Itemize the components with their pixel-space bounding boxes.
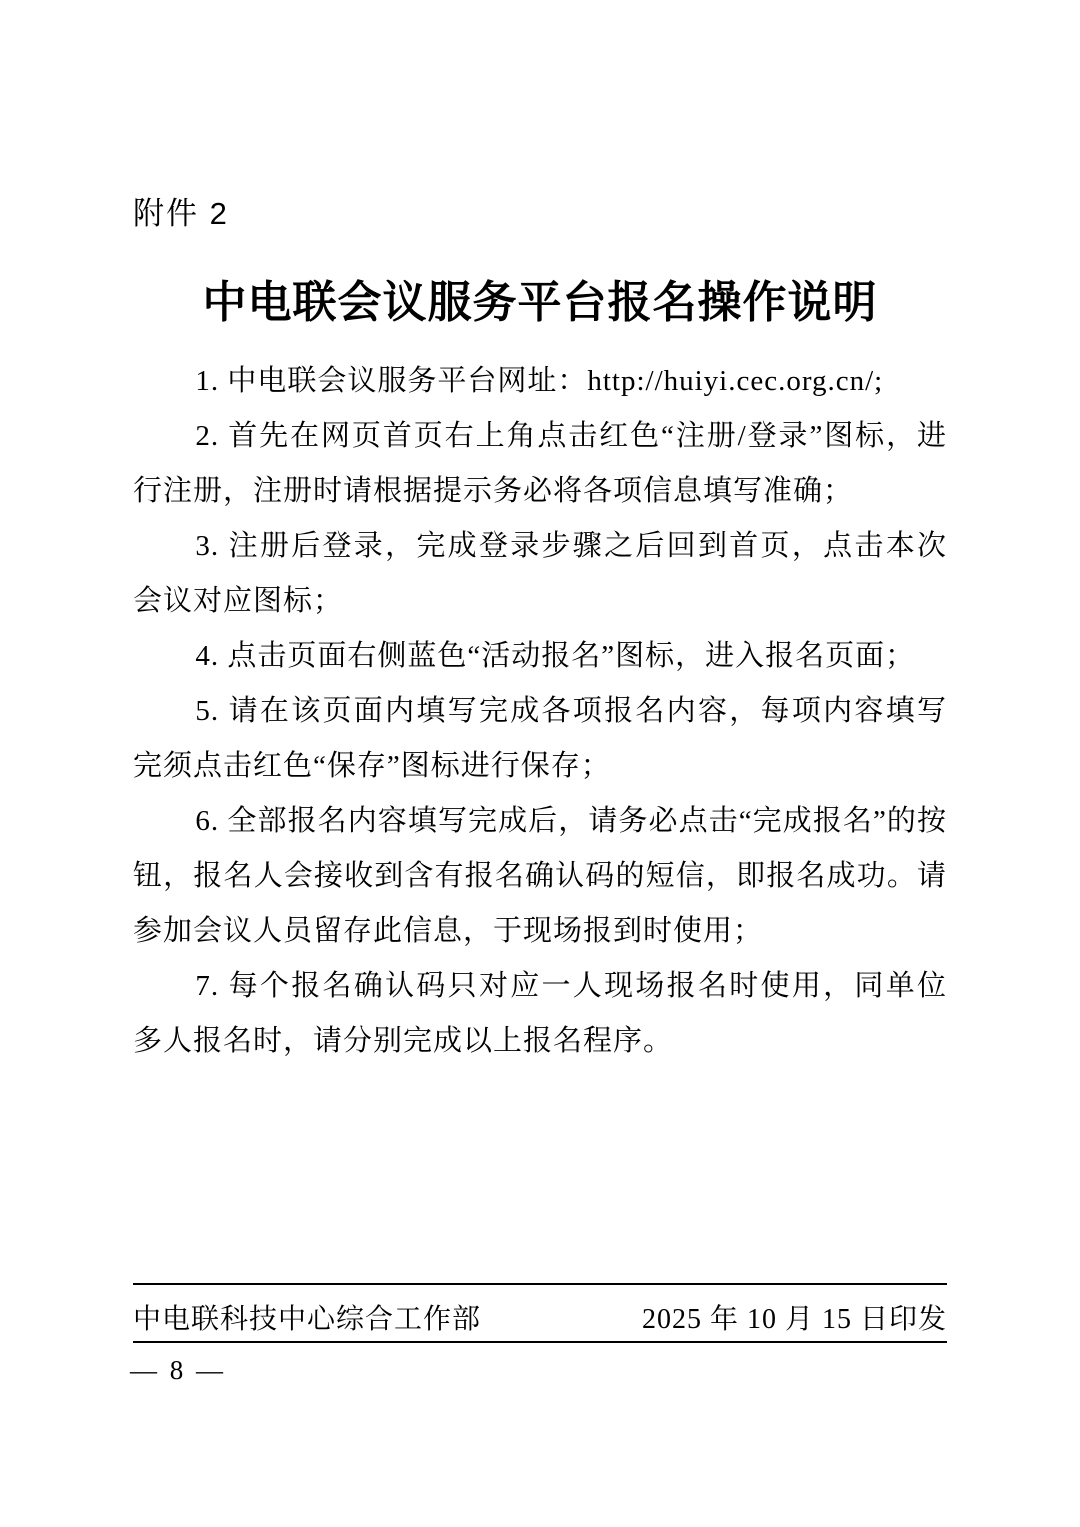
instruction-item-1: 1. 中电联会议服务平台网址：http://huiyi.cec.org.cn/; <box>133 354 947 409</box>
instruction-item-7: 7. 每个报名确认码只对应一人现场报名时使用，同单位多人报名时，请分别完成以上报… <box>133 959 947 1069</box>
instruction-item-6: 6. 全部报名内容填写完成后，请务必点击“完成报名”的按钮，报名人会接收到含有报… <box>133 794 947 959</box>
instruction-list: 1. 中电联会议服务平台网址：http://huiyi.cec.org.cn/;… <box>133 354 947 1069</box>
footer-issuer: 中电联科技中心综合工作部 <box>133 1297 481 1337</box>
page-number: — 8 — <box>130 1355 226 1386</box>
instruction-item-4: 4. 点击页面右侧蓝色“活动报名”图标，进入报名页面； <box>133 629 947 684</box>
instruction-item-3: 3. 注册后登录，完成登录步骤之后回到首页，点击本次会议对应图标； <box>133 519 947 629</box>
footer-rule-top <box>133 1283 947 1285</box>
document-title: 中电联会议服务平台报名操作说明 <box>0 266 1080 330</box>
footer-issue-date: 2025 年 10 月 15 日印发 <box>642 1297 947 1337</box>
footer-rule-bottom <box>133 1341 947 1343</box>
instruction-item-2: 2. 首先在网页首页右上角点击红色“注册/登录”图标，进行注册，注册时请根据提示… <box>133 409 947 519</box>
attachment-label: 附件 2 <box>133 188 229 233</box>
instruction-item-5: 5. 请在该页面内填写完成各项报名内容，每项内容填写完须点击红色“保存”图标进行… <box>133 684 947 794</box>
document-page: 附件 2 中电联会议服务平台报名操作说明 1. 中电联会议服务平台网址：http… <box>0 0 1080 1527</box>
footer-row: 中电联科技中心综合工作部 2025 年 10 月 15 日印发 <box>133 1297 947 1337</box>
